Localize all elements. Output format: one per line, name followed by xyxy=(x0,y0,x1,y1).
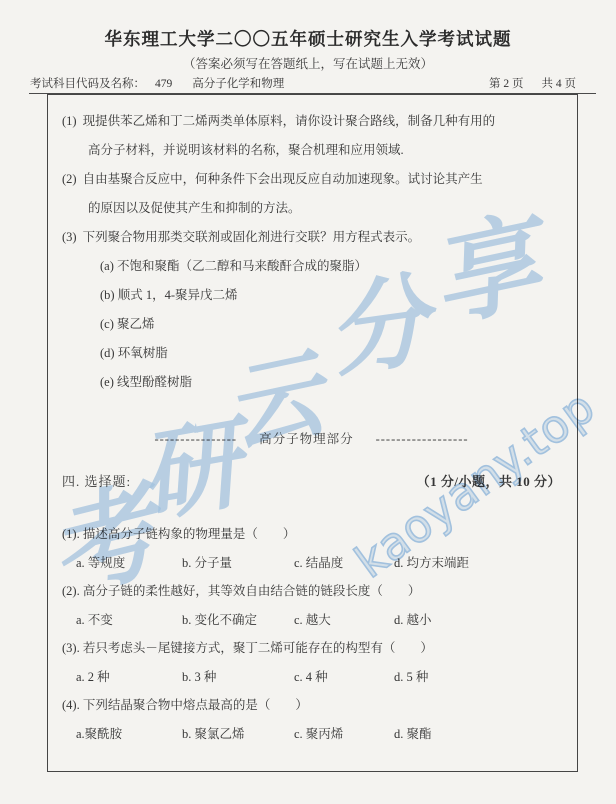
crosslink-item-c: (c) 聚乙烯 xyxy=(62,310,561,339)
crosslink-item-b: (b) 顺式 1，4-聚异戊二烯 xyxy=(62,281,561,310)
section-four-row: 四. 选择题: （1 分/小题，共 10 分） xyxy=(62,467,561,496)
choice-question-3-options: a. 2 种 b. 3 种 c. 4 种 d. 5 种 xyxy=(62,663,561,691)
option-4d: d. 聚酯 xyxy=(394,720,432,748)
choice-question-1-options: a. 等规度 b. 分子量 c. 结晶度 d. 均方末端距 xyxy=(62,549,561,577)
page-info: 第 2 页共 4 页 xyxy=(471,75,576,91)
chem-question-1-line-2: 高分子材料，并说明该材料的名称，聚合机理和应用领域. xyxy=(62,136,561,165)
option-1a: a. 等规度 xyxy=(76,549,182,577)
chem-question-1-text: 现提供苯乙烯和丁二烯两类单体原料，请你设计聚合路线，制备几种有用的 xyxy=(83,114,496,128)
subject-info: 考试科目代码及名称：479高分子化学和物理 xyxy=(30,75,294,91)
choice-question-2-stem: (2). 高分子链的柔性越好，其等效自由结合链的链段长度（ ） xyxy=(62,577,561,606)
score-note: （1 分/小题，共 10 分） xyxy=(417,467,561,496)
question-box-border: (1)现提供苯乙烯和丁二烯两类单体原料，请你设计聚合路线，制备几种有用的 高分子… xyxy=(47,94,578,772)
question-box-content: (1)现提供苯乙烯和丁二烯两类单体原料，请你设计聚合路线，制备几种有用的 高分子… xyxy=(48,95,577,771)
divider-dashes-right: ------------------ xyxy=(376,425,469,454)
subject-name: 高分子化学和物理 xyxy=(192,78,284,90)
option-1d: d. 均方末端距 xyxy=(394,549,469,577)
option-1c: c. 结晶度 xyxy=(294,549,394,577)
option-2b: b. 变化不确定 xyxy=(182,606,294,634)
chem-question-3-line-1: (3)下列聚合物用那类交联剂或固化剂进行交联？用方程式表示。 xyxy=(62,223,561,252)
option-3a: a. 2 种 xyxy=(76,663,182,691)
divider-dashes-left: ---------------- xyxy=(154,425,237,454)
chem-question-2-line-1: (2)自由基聚合反应中，何种条件下会出现反应自动加速现象。试讨论其产生 xyxy=(62,165,561,194)
subject-meta-row: 考试科目代码及名称：479高分子化学和物理 第 2 页共 4 页 xyxy=(30,75,576,91)
divider-label: 高分子物理部分 xyxy=(259,425,354,454)
answer-notice: （答案必须写在答题纸上，写在试题上无效） xyxy=(0,54,616,72)
option-3c: c. 4 种 xyxy=(294,663,394,691)
option-4c: c. 聚丙烯 xyxy=(294,720,394,748)
exam-paper-page: 华东理工大学二〇〇五年硕士研究生入学考试试题 （答案必须写在答题纸上，写在试题上… xyxy=(0,0,616,804)
option-2d: d. 越小 xyxy=(394,606,432,634)
chem-question-2-text: 自由基聚合反应中，何种条件下会出现反应自动加速现象。试讨论其产生 xyxy=(83,172,483,186)
section-divider: ---------------- 高分子物理部分 ---------------… xyxy=(62,425,561,454)
section-four-heading: 四. 选择题: xyxy=(62,467,131,496)
page-number: 第 2 页 xyxy=(489,78,524,90)
exam-title: 华东理工大学二〇〇五年硕士研究生入学考试试题 xyxy=(0,26,616,51)
crosslink-item-a: (a) 不饱和聚酯（乙二醇和马来酸酐合成的聚脂） xyxy=(62,252,561,281)
choice-question-3-stem: (3). 若只考虑头－尾键接方式，聚丁二烯可能存在的构型有（ ） xyxy=(62,634,561,663)
chem-question-2-number: (2) xyxy=(62,172,77,186)
choice-question-4-stem: (4). 下列结晶聚合物中熔点最高的是（ ） xyxy=(62,691,561,720)
option-3b: b. 3 种 xyxy=(182,663,294,691)
chem-question-2-line-2: 的原因以及促使其产生和抑制的方法。 xyxy=(62,194,561,223)
chem-question-1-line-1: (1)现提供苯乙烯和丁二烯两类单体原料，请你设计聚合路线，制备几种有用的 xyxy=(62,107,561,136)
chem-question-3-text: 下列聚合物用那类交联剂或固化剂进行交联？用方程式表示。 xyxy=(83,230,421,244)
chem-question-3-number: (3) xyxy=(62,230,77,244)
option-2c: c. 越大 xyxy=(294,606,394,634)
subject-label: 考试科目代码及名称： xyxy=(30,78,145,90)
choice-question-1-stem: (1). 描述高分子链构象的物理量是（ ） xyxy=(62,520,561,549)
choice-question-4-options: a.聚酰胺 b. 聚氯乙烯 c. 聚丙烯 d. 聚酯 xyxy=(62,720,561,748)
option-3d: d. 5 种 xyxy=(394,663,428,691)
page-total: 共 4 页 xyxy=(542,78,577,90)
option-2a: a. 不变 xyxy=(76,606,182,634)
choice-question-2-options: a. 不变 b. 变化不确定 c. 越大 d. 越小 xyxy=(62,606,561,634)
option-4b: b. 聚氯乙烯 xyxy=(182,720,294,748)
option-1b: b. 分子量 xyxy=(182,549,294,577)
crosslink-item-e: (e) 线型酚醛树脂 xyxy=(62,368,561,397)
subject-code: 479 xyxy=(155,78,172,90)
crosslink-item-d: (d) 环氧树脂 xyxy=(62,339,561,368)
chem-question-1-number: (1) xyxy=(62,114,77,128)
option-4a: a.聚酰胺 xyxy=(76,720,182,748)
